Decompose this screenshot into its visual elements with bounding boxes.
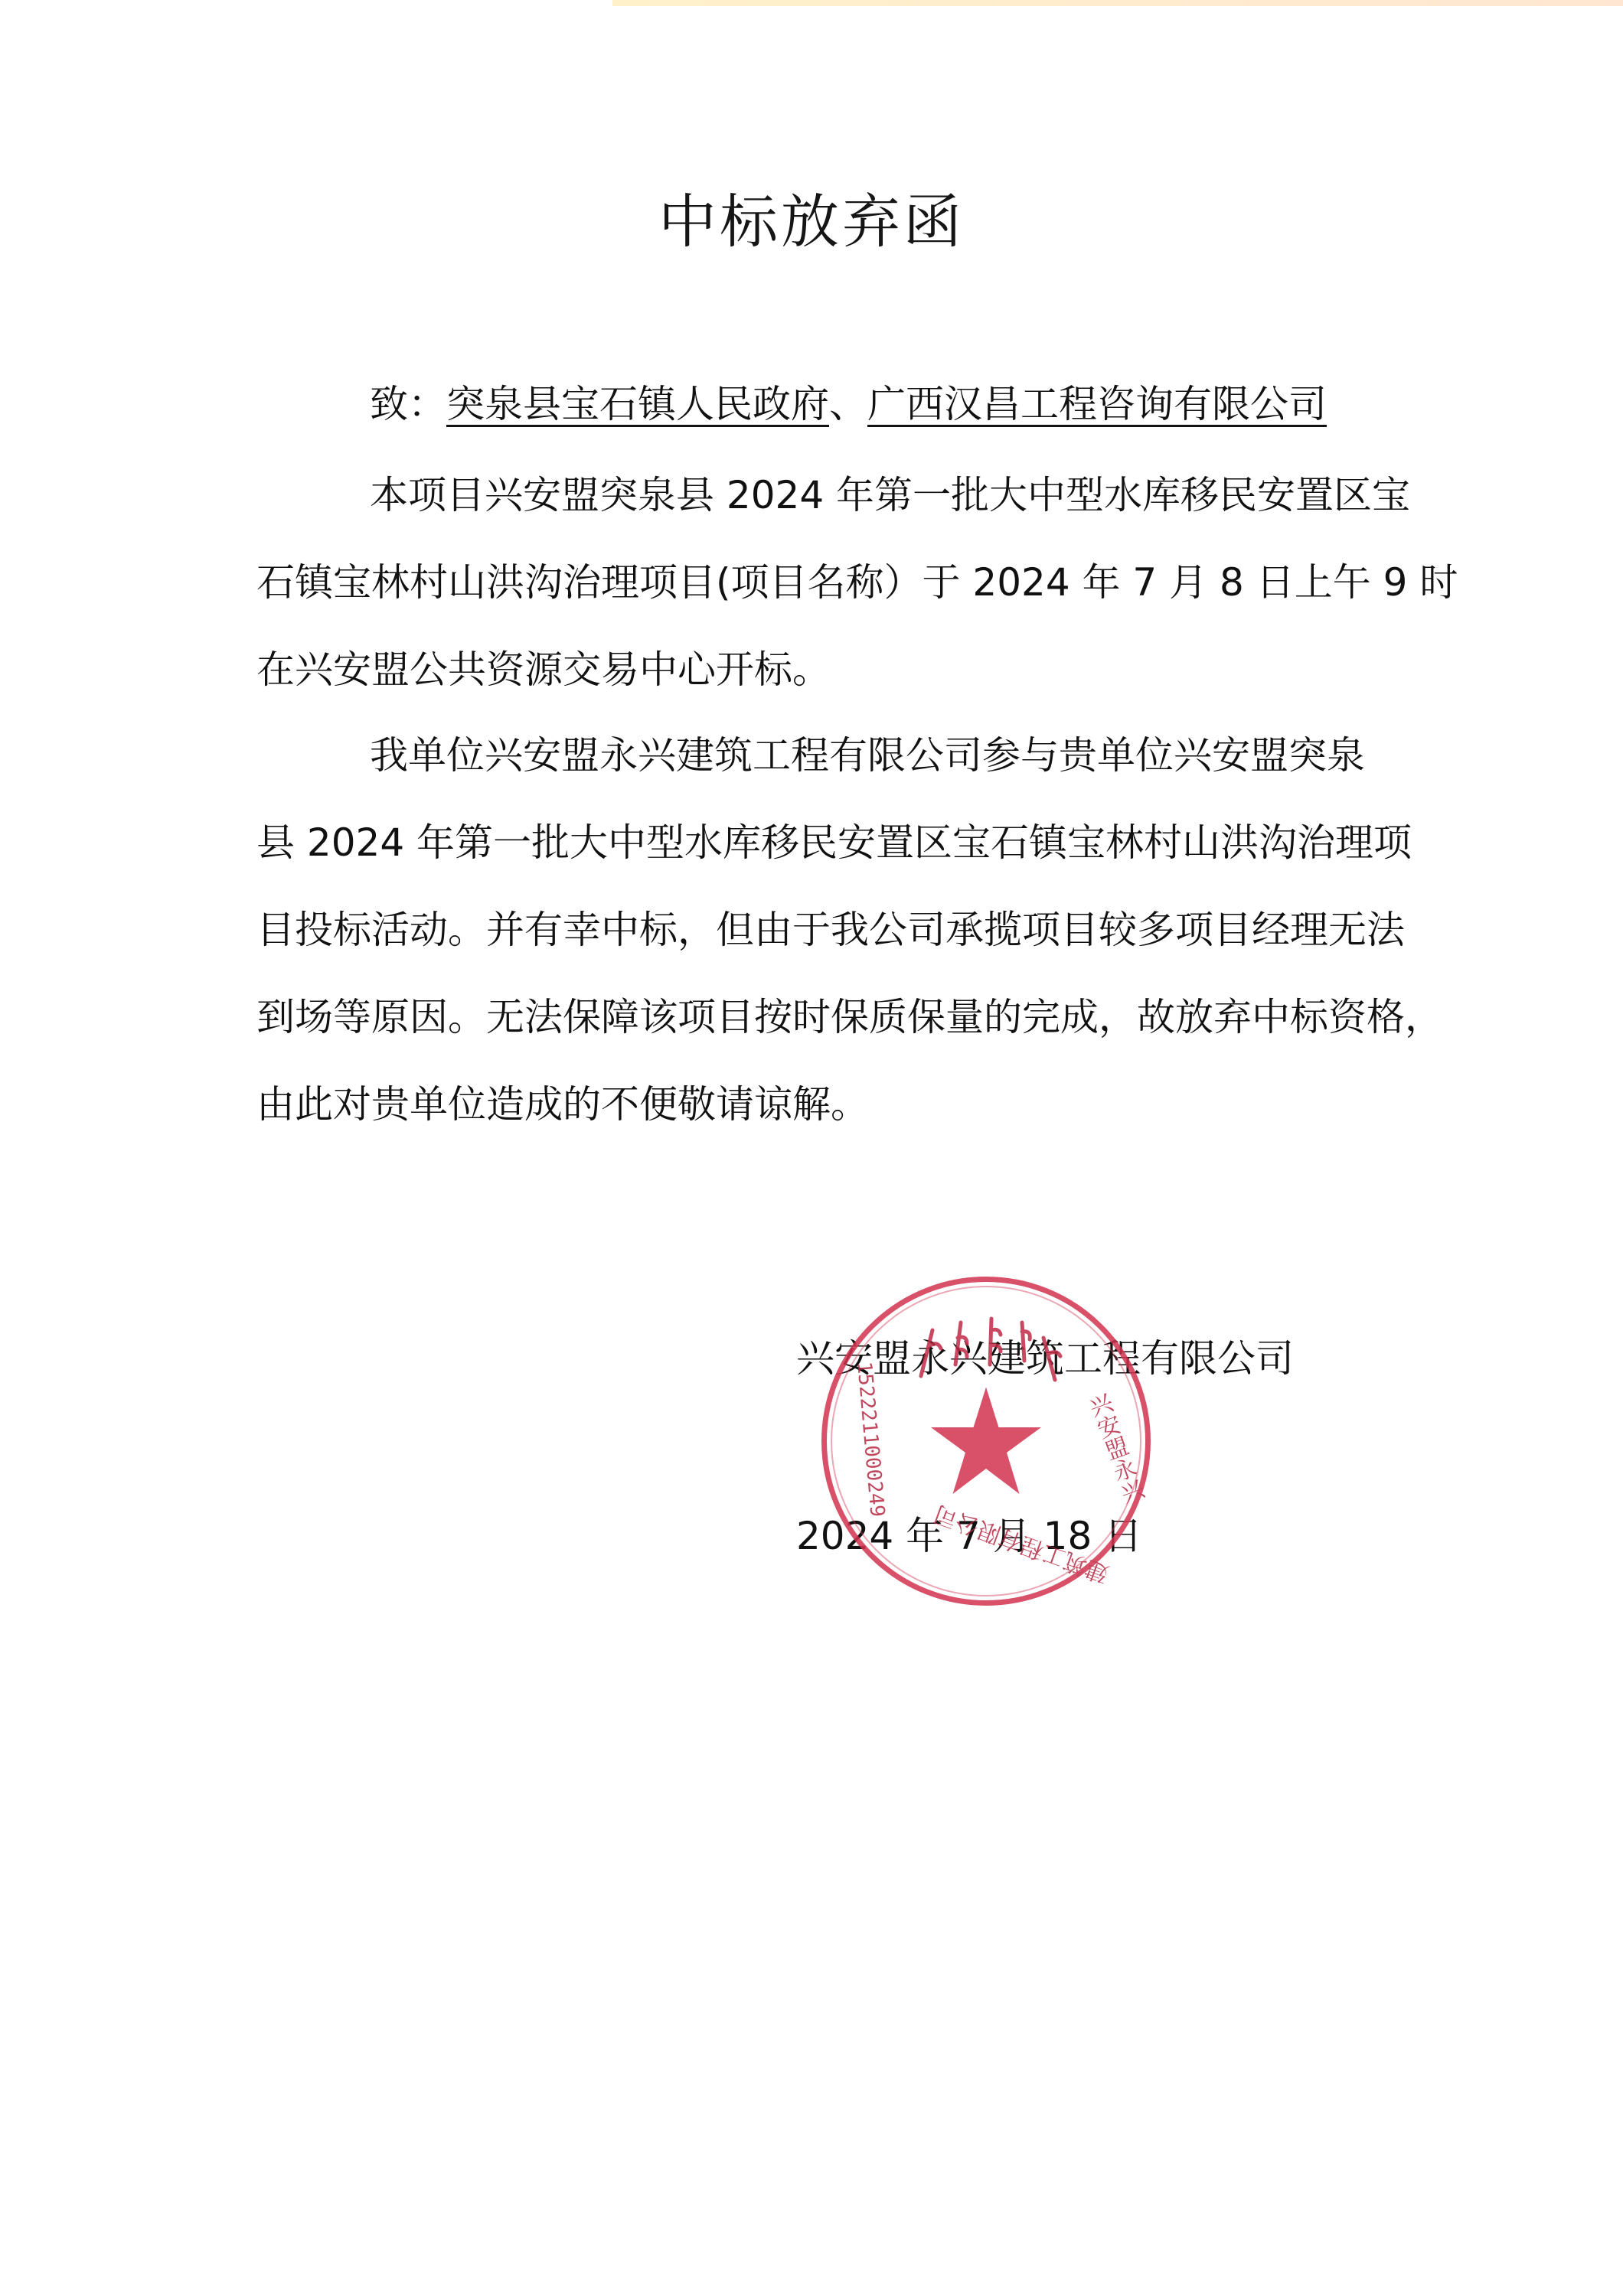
red-star-icon: [929, 1384, 1043, 1499]
recipient-party-2: 广西汉昌工程咨询有限公司: [867, 382, 1327, 426]
paragraph-bid-opening: 本项目兴安盟突泉县 2024 年第一批大中型水库移民安置区宝 石镇宝林村山洪沟治…: [256, 452, 1405, 713]
signature-date: 2024 年 7 月 18 日: [796, 1509, 1142, 1563]
paragraph-line: 我单位兴安盟永兴建筑工程有限公司参与贵单位兴安盟突泉: [256, 712, 1405, 799]
paragraph-line: 石镇宝林村山洪沟治理项目(项目名称）于 2024 年 7 月 8 日上午 9 时: [256, 539, 1405, 626]
seal-ring-text-right: 兴安盟永兴: [1079, 1389, 1150, 1508]
letter-page: 中标放弃函 致：突泉县宝石镇人民政府、广西汉昌工程咨询有限公司 本项目兴安盟突泉…: [0, 0, 1623, 2296]
paragraph-line: 由此对贵单位造成的不便敬请谅解。: [256, 1061, 1405, 1148]
paragraph-line: 本项目兴安盟突泉县 2024 年第一批大中型水库移民安置区宝: [256, 452, 1405, 539]
recipient-prefix: 致：: [370, 382, 446, 426]
recipient-line: 致：突泉县宝石镇人民政府、广西汉昌工程咨询有限公司: [370, 373, 1327, 435]
paragraph-abandon-reason: 我单位兴安盟永兴建筑工程有限公司参与贵单位兴安盟突泉 县 2024 年第一批大中…: [256, 712, 1405, 1148]
signature-company: 兴安盟永兴建筑工程有限公司: [796, 1332, 1294, 1385]
paragraph-line: 目投标活动。并有幸中标，但由于我公司承揽项目较多项目经理无法: [256, 886, 1405, 974]
document-title: 中标放弃函: [0, 184, 1623, 260]
recipient-separator: 、: [829, 382, 867, 426]
paragraph-line: 在兴安盟公共资源交易中心开标。: [256, 626, 1405, 713]
recipient-party-1: 突泉县宝石镇人民政府: [446, 382, 829, 426]
paragraph-line: 到场等原因。无法保障该项目按时保质保量的完成，故放弃中标资格，: [256, 974, 1405, 1061]
paragraph-line: 县 2024 年第一批大中型水库移民安置区宝石镇宝林村山洪沟治理项: [256, 799, 1405, 886]
